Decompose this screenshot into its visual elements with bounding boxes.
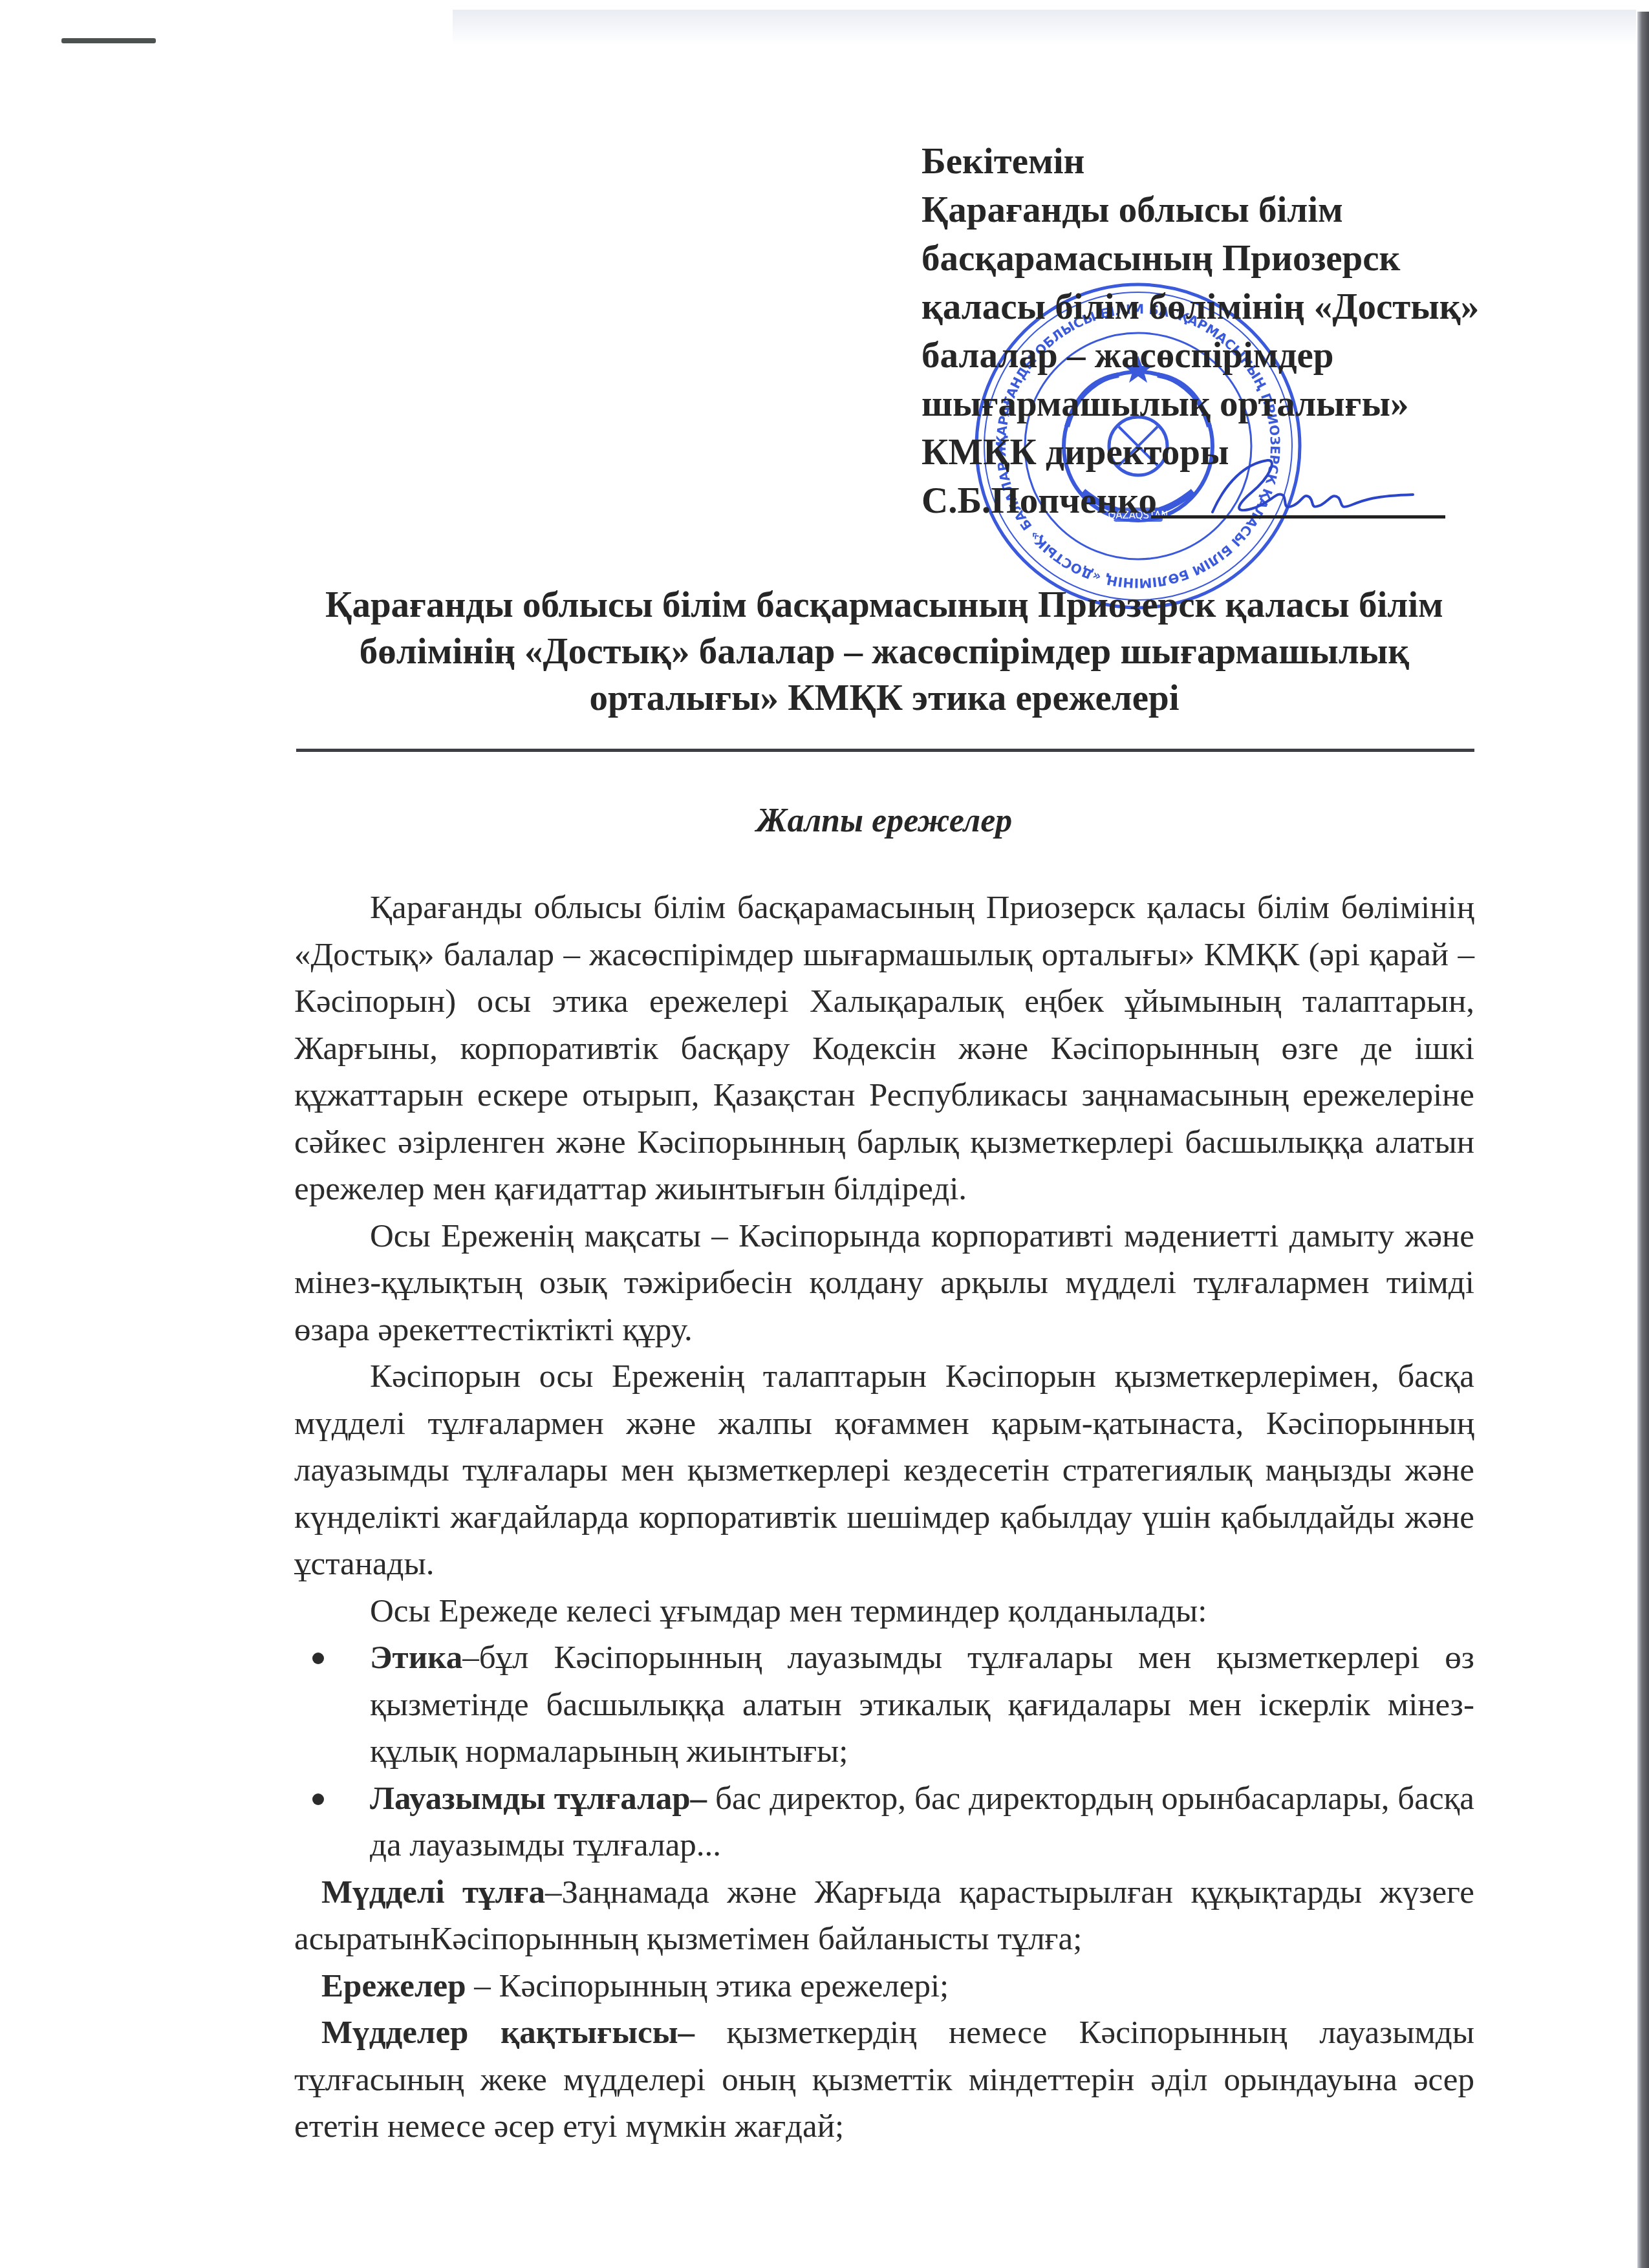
term-separator: –	[678, 2015, 695, 2051]
definition: Мүдделер қақтығысы– қызметкердің немесе …	[294, 2009, 1474, 2150]
term: Мүдделер қақтығысы	[321, 2015, 678, 2051]
paragraph: Осы Ереженің мақсаты – Кәсіпорында корпо…	[294, 1213, 1474, 1354]
definition: Ережелер – Кәсіпорынның этика ережелері;	[294, 1963, 1474, 2010]
scan-edge-shadow	[1637, 12, 1649, 2268]
signatory-row: С.Б.Попченко	[921, 476, 1503, 525]
approval-line: балалар – жасөспірімдер	[921, 331, 1503, 380]
approval-block: Бекітемін Қарағанды облысы білім басқара…	[921, 137, 1503, 525]
list-item: Этика–бұл Кәсіпорынның лауазымды тұлғала…	[294, 1634, 1474, 1775]
term: Ережелер	[321, 1968, 466, 2004]
definition: Мүдделі тұлға–Заңнамада және Жарғыда қар…	[294, 1869, 1474, 1963]
document-body: Қарағанды облысы білім басқарамасының Пр…	[294, 884, 1474, 2150]
term-separator: –	[545, 1874, 562, 1910]
term-definition: бұл Кәсіпорынның лауазымды тұлғалары мен…	[370, 1640, 1474, 1770]
section-heading: Жалпы ережелер	[294, 802, 1474, 840]
title-line: бөлімінің «Достық» балалар – жасөспірімд…	[294, 628, 1474, 675]
title-line: орталығы» КМҚК этика ережелері	[294, 675, 1474, 722]
approval-line: Қарағанды облысы білім	[921, 186, 1503, 234]
scan-top-tint	[453, 10, 1636, 45]
term-definition: Кәсіпорынның этика ережелері;	[499, 1968, 949, 2004]
term-separator: –	[462, 1640, 479, 1676]
document-title: Қарағанды облысы білім басқармасының При…	[294, 582, 1474, 722]
bullet-icon	[312, 1653, 324, 1664]
term-separator: –	[691, 1781, 707, 1817]
approval-line: басқарамасының Приозерск	[921, 234, 1503, 283]
term: Мүдделі тұлға	[321, 1874, 545, 1910]
paragraph: Осы Ережеде келесі ұғымдар мен терминдер…	[294, 1588, 1474, 1635]
bullet-icon	[312, 1793, 324, 1805]
signatory-name: С.Б.Попченко	[921, 480, 1157, 521]
term-separator: –	[466, 1968, 499, 2004]
title-line: Қарағанды облысы білім басқармасының При…	[294, 582, 1474, 628]
approval-line: қаласы білім бөлімінің «Достық»	[921, 283, 1503, 331]
terms-list: Этика–бұл Кәсіпорынның лауазымды тұлғала…	[294, 1634, 1474, 1869]
paragraph: Кәсіпорын осы Ереженің талаптарын Кәсіпо…	[294, 1353, 1474, 1588]
title-divider	[296, 749, 1474, 752]
list-item: Лауазымды тұлғалар– бас директор, бас ди…	[294, 1775, 1474, 1869]
approval-line: шығармашылық орталығы»	[921, 380, 1503, 428]
approval-line: Бекітемін	[921, 137, 1503, 186]
paragraph: Қарағанды облысы білім басқарамасының Пр…	[294, 884, 1474, 1213]
term: Этика	[370, 1640, 462, 1676]
signature-icon	[1206, 457, 1419, 519]
term: Лауазымды тұлғалар	[370, 1781, 691, 1817]
scan-mark	[61, 38, 156, 43]
